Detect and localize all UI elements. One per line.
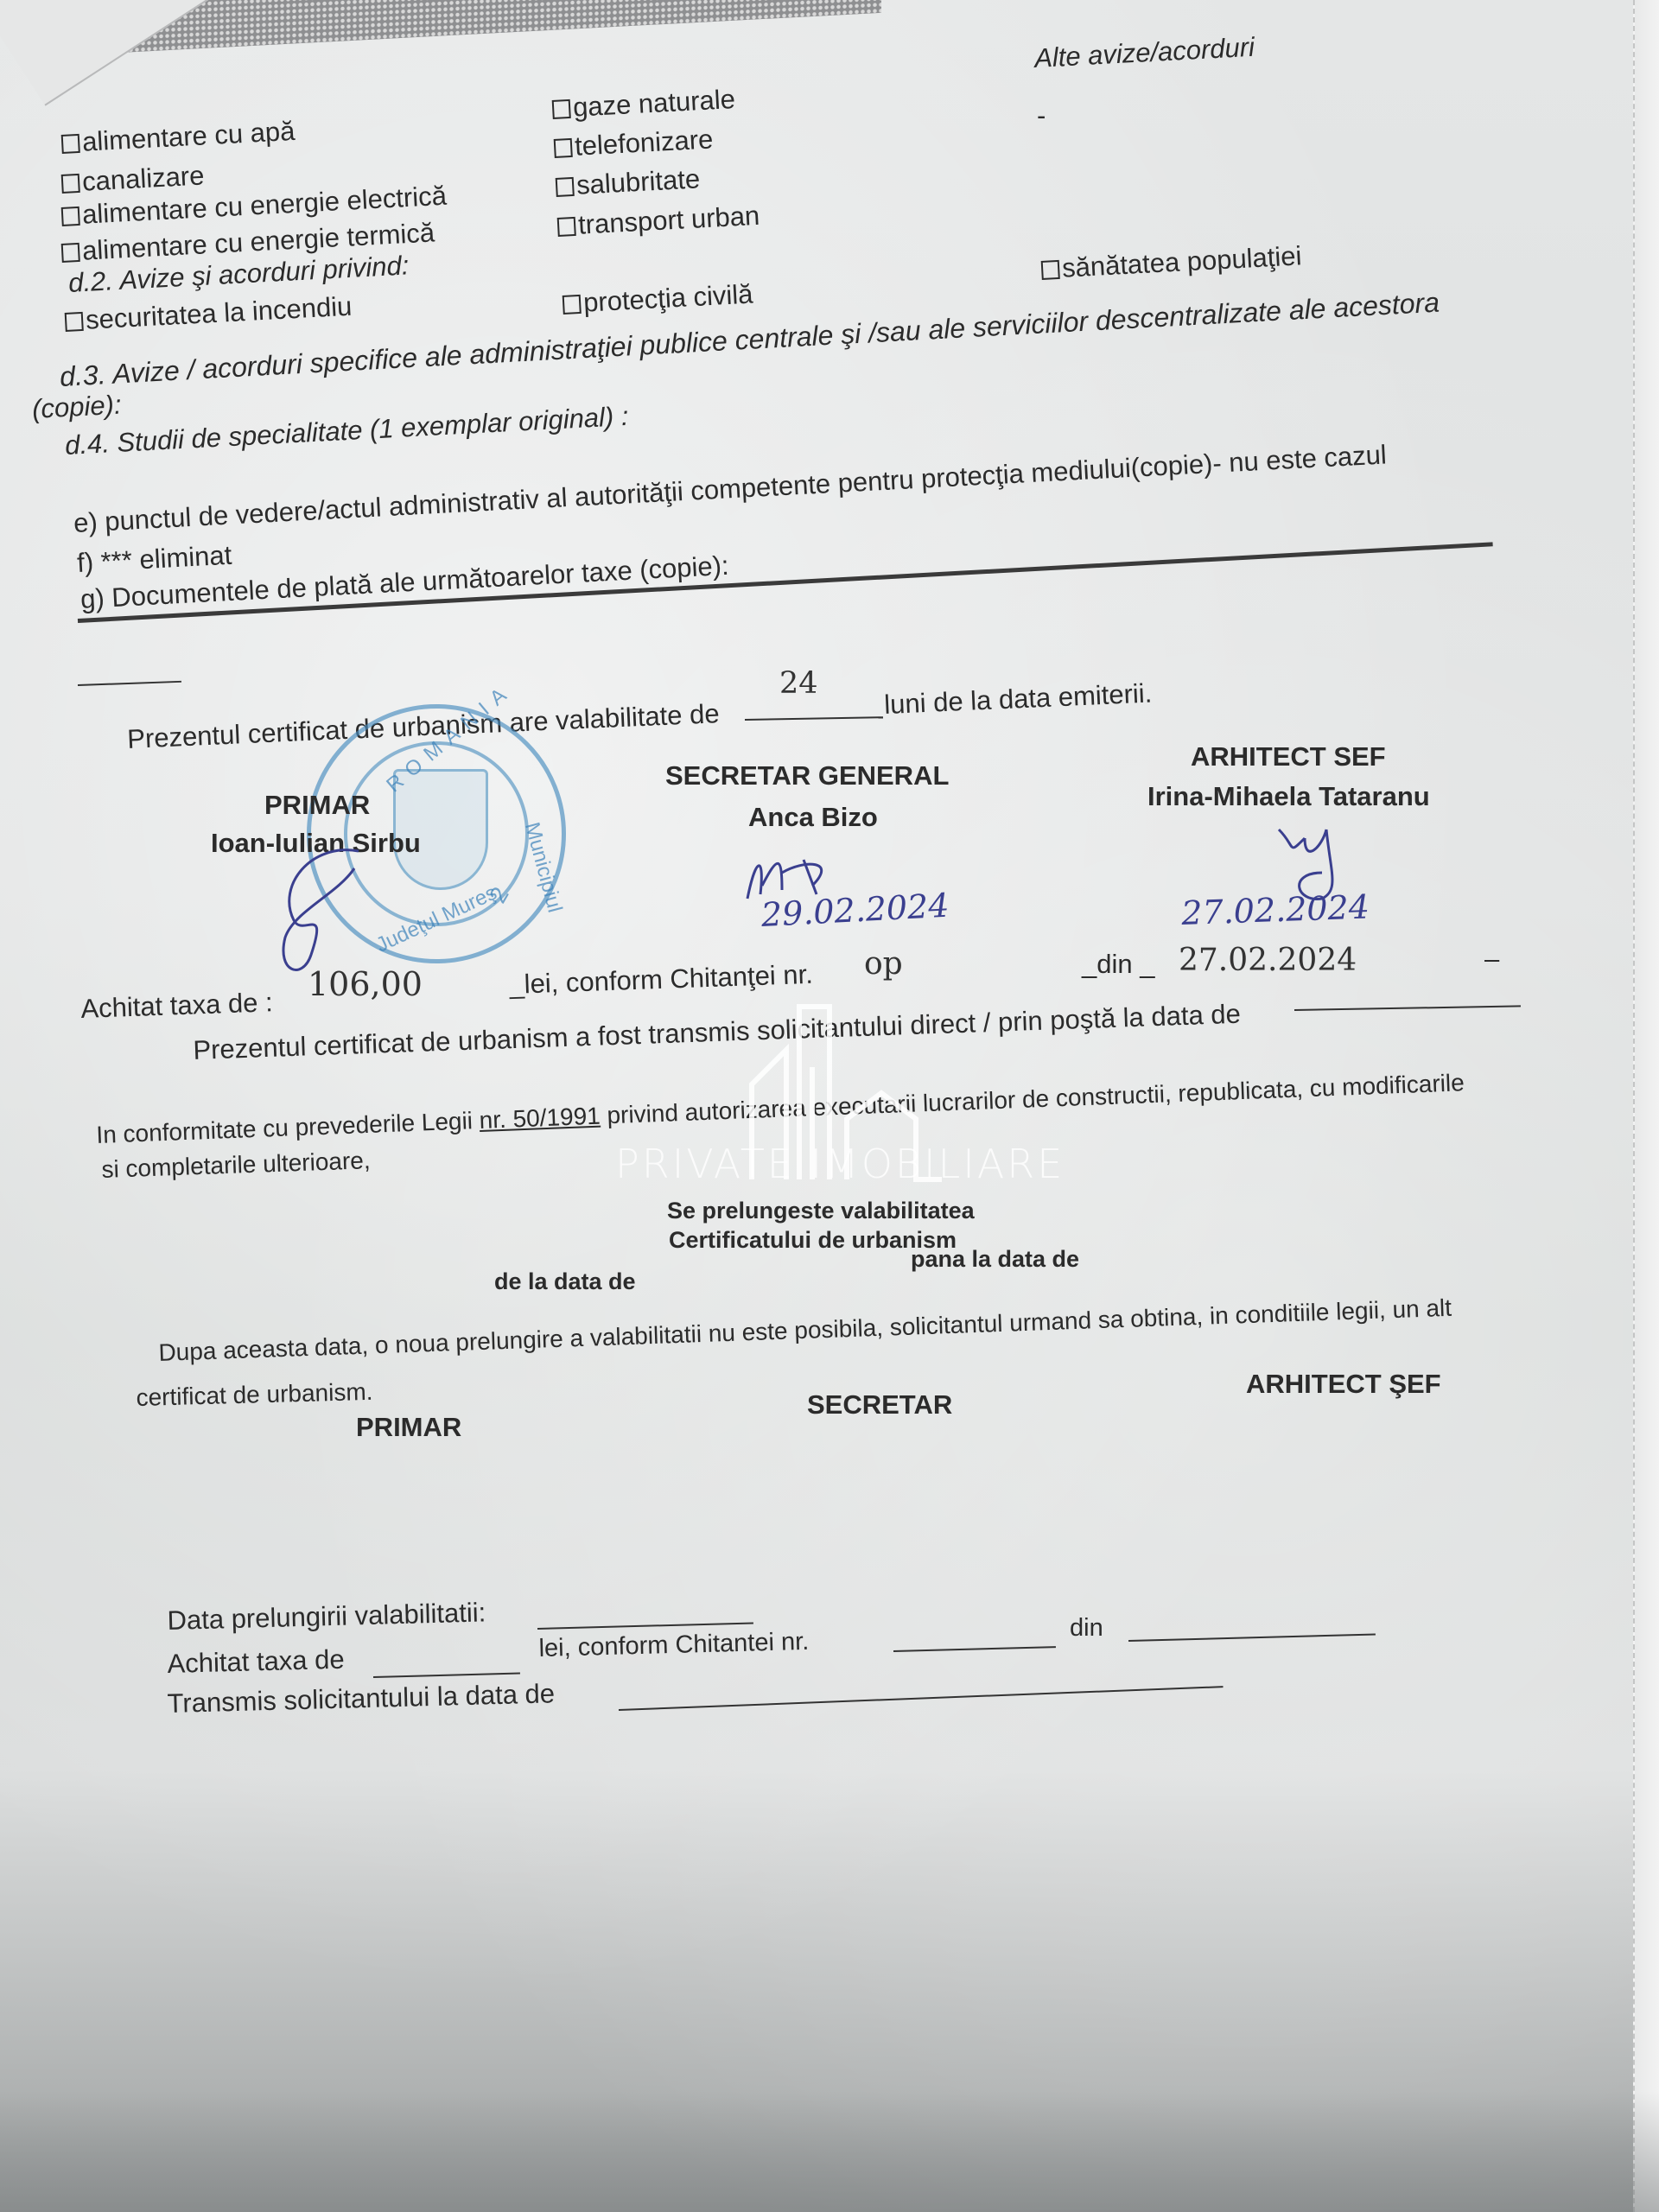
validity-months-line xyxy=(745,716,883,721)
extension-receipt-label: lei, conform Chitantei nr. xyxy=(538,1630,809,1662)
other-approvals-header: Alte avize/acorduri xyxy=(1033,34,1255,72)
checkbox-icon[interactable] xyxy=(556,177,575,197)
checkbox-icon[interactable] xyxy=(563,295,582,315)
checkbox-item-gas[interactable]: gaze naturale xyxy=(551,86,735,122)
payment-date: 27.02.2024 xyxy=(1179,945,1357,976)
section-d3-line2: (copie): xyxy=(31,391,122,423)
section-d4: d.4. Studii de specialitate (1 exemplar … xyxy=(64,403,629,459)
secretar-handwritten-date: 29.02.2024 xyxy=(760,889,950,931)
checkbox-item-water[interactable]: alimentare cu apă xyxy=(60,118,296,156)
checkbox-item-fire-safety[interactable]: securitatea la incendiu xyxy=(64,293,353,334)
payment-label: Achitat taxa de : xyxy=(80,988,273,1022)
secretar-title: SECRETAR GENERAL xyxy=(665,762,949,789)
checkbox-item-sewage[interactable]: canalizare xyxy=(60,162,205,196)
checkbox-icon[interactable] xyxy=(557,217,576,237)
transmission-date-line xyxy=(1294,1005,1521,1011)
extension-receipt-line[interactable] xyxy=(893,1646,1056,1652)
photo-bottom-shadow xyxy=(0,2091,1659,2212)
arhitect-name: Irina-Mihaela Tataranu xyxy=(1147,783,1430,810)
extension-din-line[interactable] xyxy=(1128,1634,1376,1642)
checkbox-icon[interactable] xyxy=(61,174,80,194)
payment-date-label: _din _ xyxy=(1082,950,1154,977)
payment-amount: 106,00 xyxy=(308,968,423,1001)
payment-trailing-dash: – xyxy=(1484,945,1499,972)
document-page: Alte avize/acorduri - alimentare cu apă … xyxy=(0,0,1659,2212)
checkbox-icon[interactable] xyxy=(61,207,80,226)
extension-fee-line[interactable] xyxy=(373,1673,520,1678)
checkbox-item-transport[interactable]: transport urban xyxy=(556,202,760,239)
checkbox-icon[interactable] xyxy=(1041,260,1060,280)
payment-receipt-number: op xyxy=(864,949,903,980)
section-e: e) punctul de vedere/actul administrativ… xyxy=(73,441,1387,537)
extension-date-label: Data prelungirii valabilitatii: xyxy=(167,1599,486,1634)
extension-sent-line[interactable] xyxy=(619,1686,1224,1711)
other-approvals-value: - xyxy=(1037,102,1046,129)
checkbox-item-phone[interactable]: telefonizare xyxy=(553,125,714,161)
extension-sent-label: Transmis solicitantului la data de xyxy=(167,1680,555,1717)
extension-arhitect-title: ARHITECT ŞEF xyxy=(1246,1370,1441,1397)
validity-suffix: luni de la data emiterii. xyxy=(884,680,1153,719)
checkbox-icon[interactable] xyxy=(552,99,571,119)
law-reference-link[interactable]: nr. 50/1991 xyxy=(479,1103,601,1134)
stamp-right-text: Municipiul xyxy=(519,820,567,915)
checkbox-icon[interactable] xyxy=(61,243,80,263)
checkbox-icon[interactable] xyxy=(554,138,573,158)
extension-to-label: pana la data de xyxy=(911,1248,1079,1271)
extension-din-label: din xyxy=(1070,1616,1103,1641)
arhitect-handwritten-date: 27.02.2024 xyxy=(1181,890,1370,930)
extension-from-label: de la data de xyxy=(494,1270,636,1294)
extension-fee-label: Achitat taxa de xyxy=(167,1646,345,1677)
extension-date-line[interactable] xyxy=(537,1622,753,1630)
extension-line1: Se prelungeste valabilitatea xyxy=(667,1199,975,1223)
primar-title: PRIMAR xyxy=(264,791,370,818)
after-note-line2: certificat de urbanism. xyxy=(136,1380,373,1410)
arhitect-title: ARHITECT SEF xyxy=(1191,743,1386,770)
short-blank-line xyxy=(78,681,181,686)
extension-secretar-title: SECRETAR xyxy=(807,1391,952,1418)
checkbox-icon[interactable] xyxy=(65,312,84,332)
law-note-line2: si completarile ulterioare, xyxy=(101,1148,371,1182)
extension-primar-title: PRIMAR xyxy=(356,1414,461,1440)
checkbox-item-civil-protection[interactable]: protecţia civilă xyxy=(562,281,753,317)
section-f: f) *** eliminat xyxy=(76,542,232,576)
checkbox-item-public-health[interactable]: sănătatea populaţiei xyxy=(1040,242,1302,283)
checkbox-icon[interactable] xyxy=(61,134,80,154)
secretar-name: Anca Bizo xyxy=(748,804,878,830)
watermark-text: PRIVATE IMOBILIARE xyxy=(615,1141,1065,1187)
checkbox-item-sanitation[interactable]: salubritate xyxy=(555,165,700,200)
validity-months: 24 xyxy=(779,669,818,699)
after-note-line1: Dupa aceasta data, o noua prelungire a v… xyxy=(158,1296,1452,1365)
